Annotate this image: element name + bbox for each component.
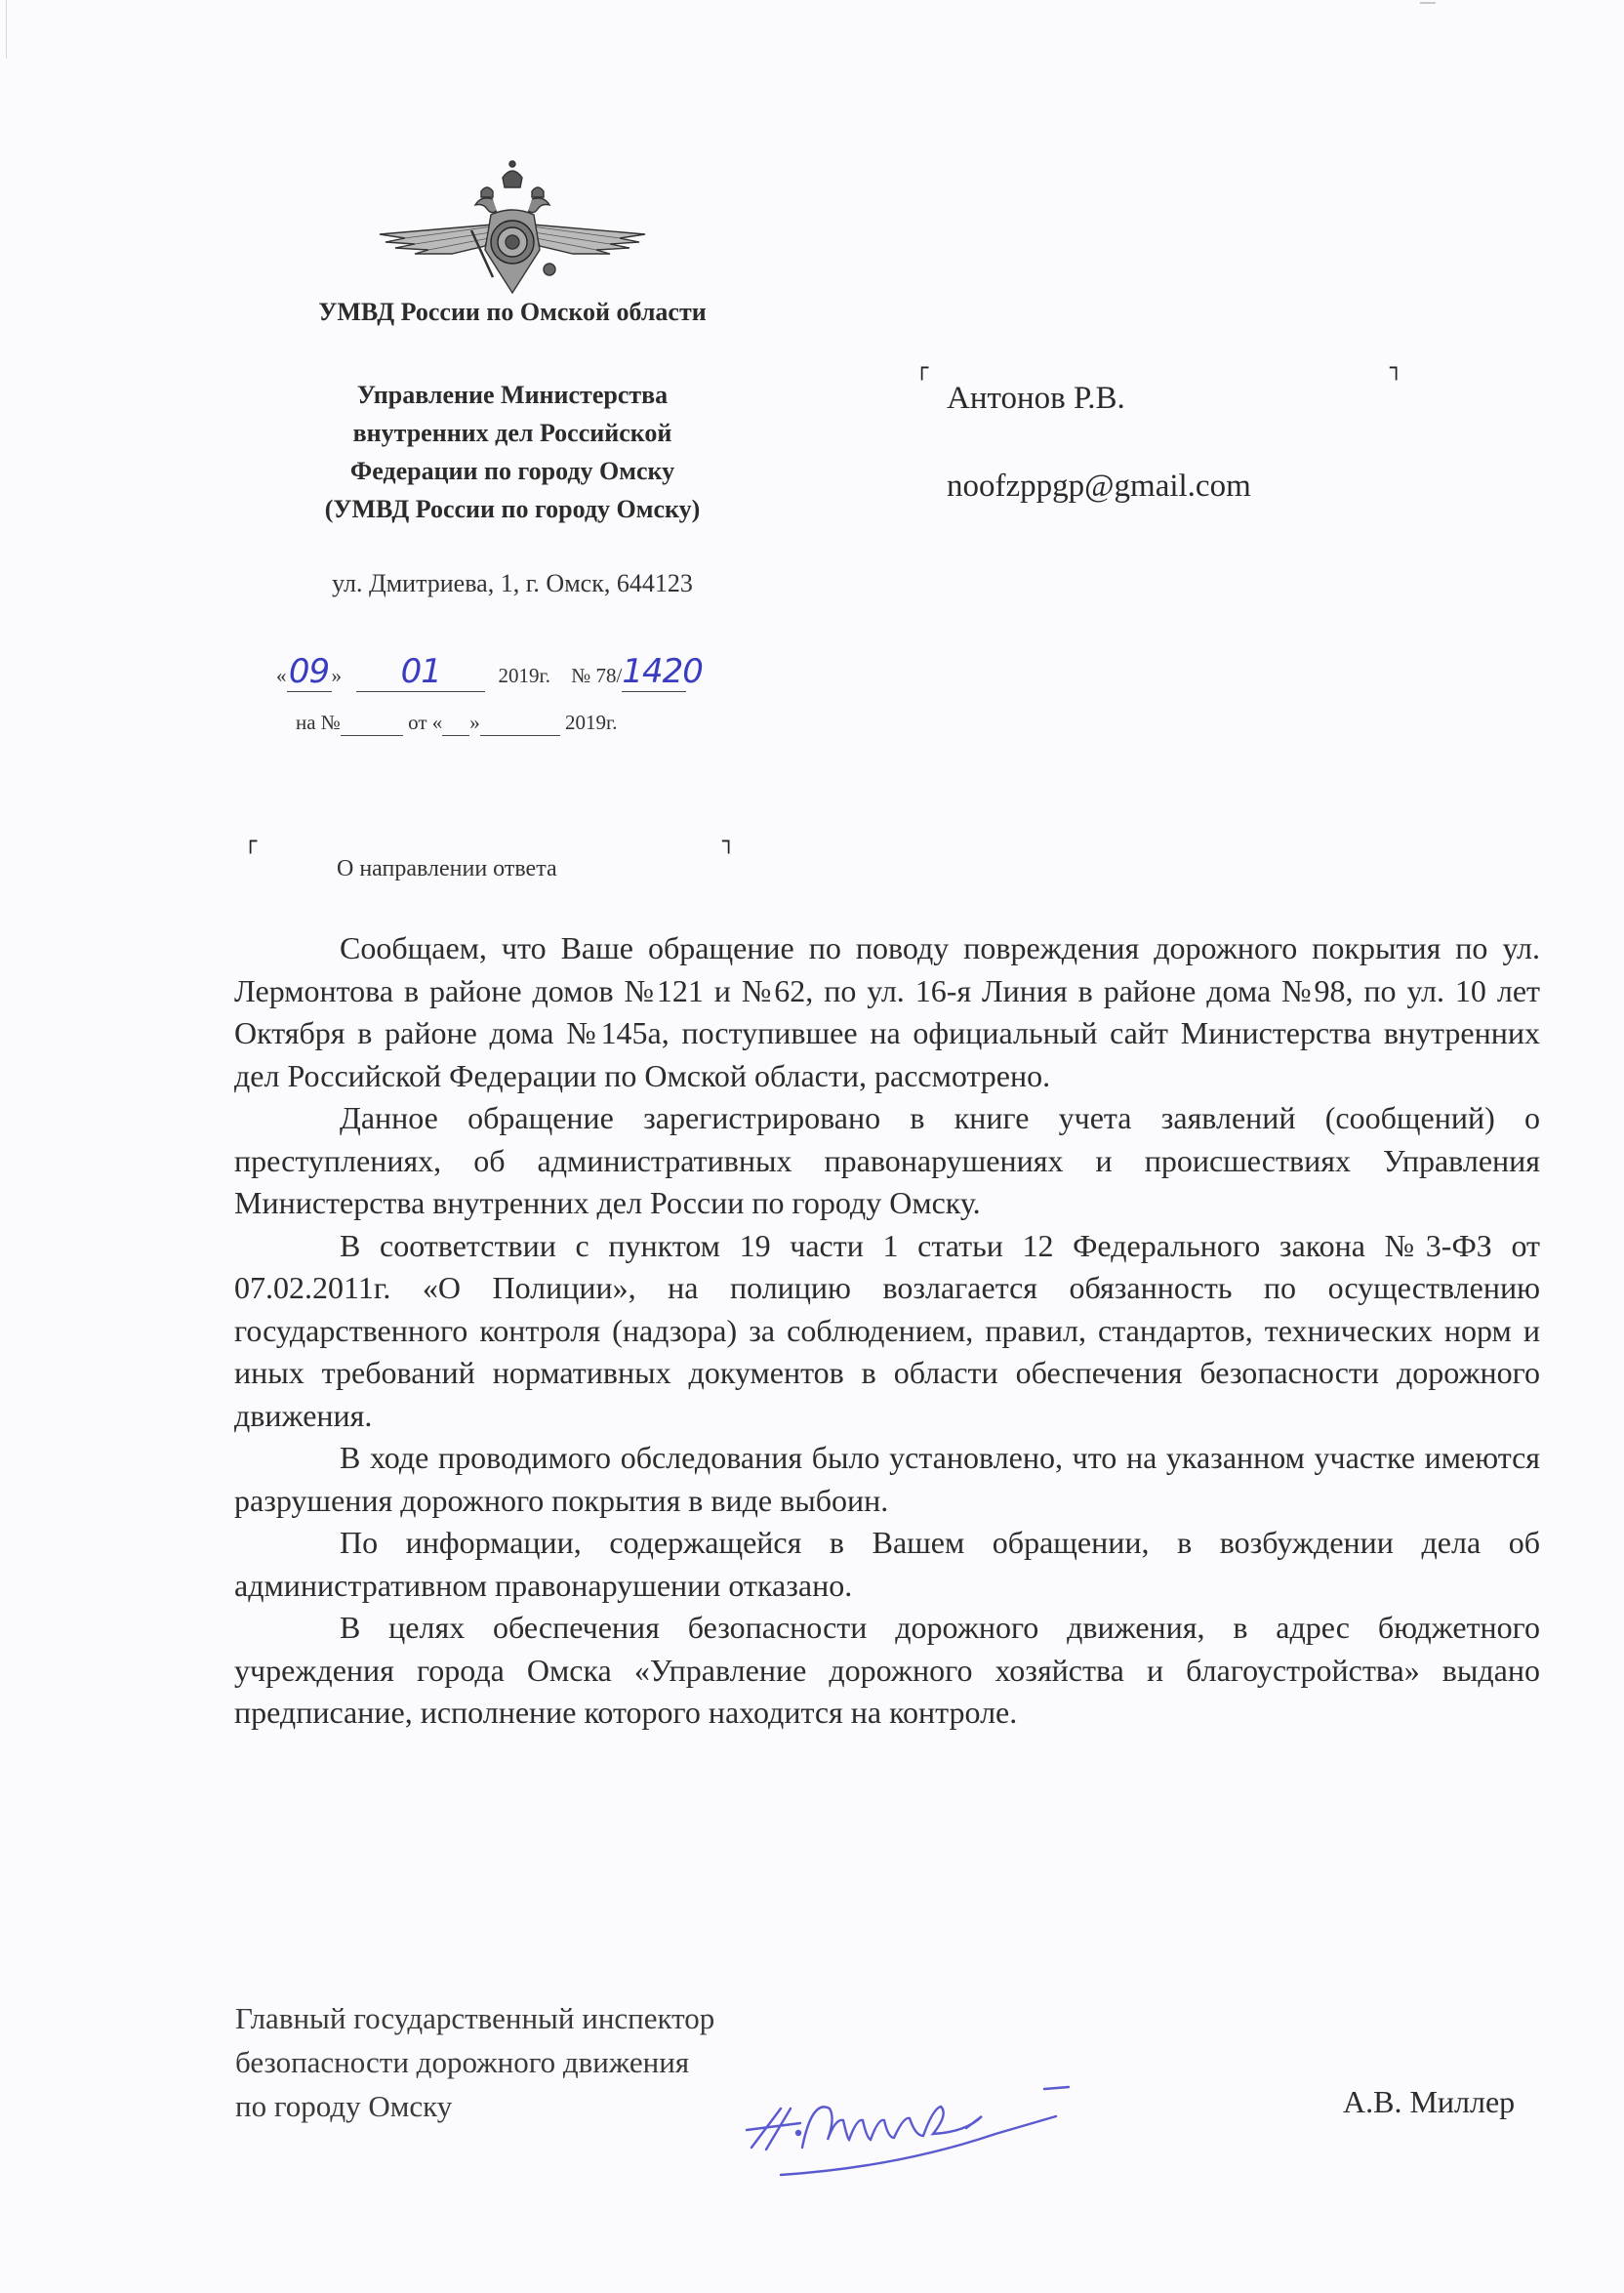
org-line: внутренних дел Российской	[234, 414, 791, 452]
letter-subject: О направлении ответа	[337, 856, 557, 882]
organization-full-name: Управление Министерства внутренних дел Р…	[234, 376, 791, 528]
quote: »	[332, 664, 343, 687]
mvd-eagle-emblem-icon	[376, 156, 649, 303]
reply-to-from: от «	[408, 711, 442, 734]
registration-year: 2019г.	[499, 664, 551, 687]
corner-mark-top-right-icon: ┐	[1390, 356, 1402, 381]
corner-mark-top-left-icon: ┌	[915, 356, 928, 381]
body-paragraph: В целях обеспечения безопасности дорожно…	[234, 1607, 1540, 1735]
registration-day: 09	[289, 652, 329, 691]
body-paragraph: По информации, содержащейся в Вашем обра…	[234, 1522, 1540, 1607]
handwritten-signature-icon	[742, 2079, 1132, 2177]
registration-date-number: «09» 01 2019г. № 78/1420	[276, 652, 686, 692]
scan-mark	[1420, 2, 1436, 4]
corner-mark-top-right-icon: ┐	[722, 830, 735, 854]
letter-body: Сообщаем, что Ваше обращение по поводу п…	[234, 927, 1540, 1735]
corner-mark-top-left-icon: ┌	[244, 830, 257, 854]
body-paragraph: Сообщаем, что Ваше обращение по поводу п…	[234, 927, 1540, 1097]
org-line: Управление Министерства	[234, 376, 791, 414]
organization-address: ул. Дмитриева, 1, г. Омск, 644123	[234, 569, 791, 598]
recipient-email: noofzppgp@gmail.com	[947, 469, 1251, 505]
reply-to-prefix: на №	[296, 711, 341, 734]
registration-number: 1420	[622, 652, 703, 691]
signatory-title-line: Главный государственный инспектор	[235, 1996, 714, 2040]
registration-month: 01	[401, 652, 441, 691]
scan-edge	[6, 0, 7, 59]
signatory-name: А.В. Миллер	[1343, 2084, 1515, 2120]
body-paragraph: В соответствии с пунктом 19 части 1 стат…	[234, 1225, 1540, 1438]
registration-number-prefix: № 78/	[571, 664, 622, 687]
recipient-name: Антонов Р.В.	[947, 381, 1125, 417]
reply-to-line: на № от « » 2019г.	[296, 711, 618, 736]
signatory-title-line: безопасности дорожного движения	[235, 2040, 714, 2084]
org-line: (УМВД России по городу Омску)	[234, 490, 791, 528]
body-paragraph: Данное обращение зарегистрировано в книг…	[234, 1097, 1540, 1225]
org-line: Федерации по городу Омску	[234, 452, 791, 490]
signatory-title-line: по городу Омску	[235, 2084, 714, 2128]
quote: »	[469, 711, 480, 734]
reply-to-year: 2019г.	[565, 711, 618, 734]
body-paragraph: В ходе проводимого обследования было уст…	[234, 1437, 1540, 1522]
signatory-title: Главный государственный инспектор безопа…	[235, 1996, 714, 2128]
quote: «	[276, 664, 287, 687]
organization-short-name: УМВД России по Омской области	[195, 298, 830, 327]
